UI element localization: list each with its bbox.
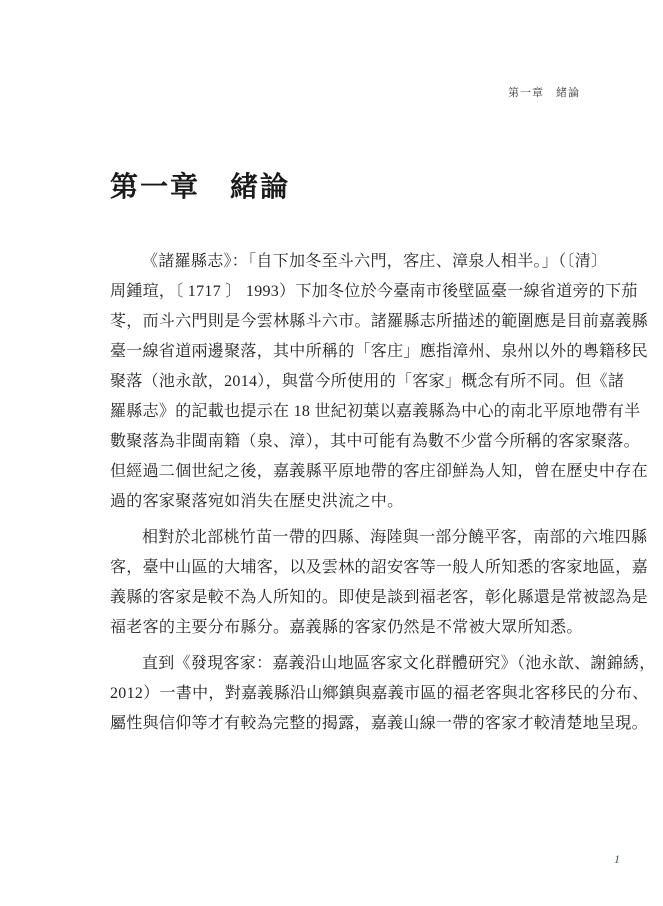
- text-line: 《諸羅縣志》：「自下加冬至斗六門，客庄、漳泉人相半。」（〔清〕: [110, 247, 584, 277]
- text-line: 周鍾瑄，〔 1717 〕 1993）下加冬位於今臺南市後壁區臺一線省道旁的下茄: [110, 277, 584, 307]
- running-header: 第一章 緒論: [110, 84, 580, 100]
- chapter-title: 第一章 緒論: [110, 165, 590, 205]
- text-line: 但經過二個世紀之後，嘉義縣平原地帶的客庄卻鮮為人知，曾在歷史中存在: [110, 457, 584, 487]
- text-line: 福老客的主要分布縣分。嘉義縣的客家仍然是不常被大眾所知悉。: [110, 613, 584, 643]
- page-number: 1: [614, 852, 620, 867]
- text-line: 數聚落為非閩南籍（泉、漳），其中可能有為數不少當今所稱的客家聚落。: [110, 427, 584, 457]
- paragraph-2: 相對於北部桃竹苗一帶的四縣、海陸與一部分饒平客，南部的六堆四縣 客，臺中山區的大…: [110, 523, 584, 643]
- text-line: 苳，而斗六門則是今雲林縣斗六市。諸羅縣志所描述的範圍應是目前嘉義縣: [110, 307, 584, 337]
- text-line: 相對於北部桃竹苗一帶的四縣、海陸與一部分饒平客，南部的六堆四縣: [110, 523, 584, 553]
- paragraph-1: 《諸羅縣志》：「自下加冬至斗六門，客庄、漳泉人相半。」（〔清〕 周鍾瑄，〔 17…: [110, 247, 584, 517]
- text-line: 2012）一書中，對嘉義縣沿山鄉鎮與嘉義市區的福老客與北客移民的分布、: [110, 679, 584, 709]
- body-text: 《諸羅縣志》：「自下加冬至斗六門，客庄、漳泉人相半。」（〔清〕 周鍾瑄，〔 17…: [110, 247, 584, 745]
- paragraph-3: 直到《發現客家：嘉義沿山地區客家文化群體研究》（池永歆、謝錦綉， 2012）一書…: [110, 649, 584, 739]
- text-line: 直到《發現客家：嘉義沿山地區客家文化群體研究》（池永歆、謝錦綉，: [110, 649, 584, 679]
- text-line: 義縣的客家是較不為人所知的。即使是談到福老客，彰化縣還是常被認為是: [110, 583, 584, 613]
- text-line: 屬性與信仰等才有較為完整的揭露，嘉義山線一帶的客家才較清楚地呈現。: [110, 709, 584, 739]
- text-line: 羅縣志》的記載也提示在 18 世紀初葉以嘉義縣為中心的南北平原地帶有半: [110, 397, 584, 427]
- text-line: 臺一線省道兩邊聚落，其中所稱的「客庄」應指漳州、泉州以外的粵籍移民: [110, 337, 584, 367]
- text-line: 過的客家聚落宛如消失在歷史洪流之中。: [110, 487, 584, 517]
- document-page: 第一章 緒論 第一章 緒論 《諸羅縣志》：「自下加冬至斗六門，客庄、漳泉人相半。…: [0, 0, 663, 906]
- text-line: 客，臺中山區的大埔客，以及雲林的詔安客等一般人所知悉的客家地區，嘉: [110, 553, 584, 583]
- text-line: 聚落（池永歆，2014），與當今所使用的「客家」概念有所不同。但《諸: [110, 367, 584, 397]
